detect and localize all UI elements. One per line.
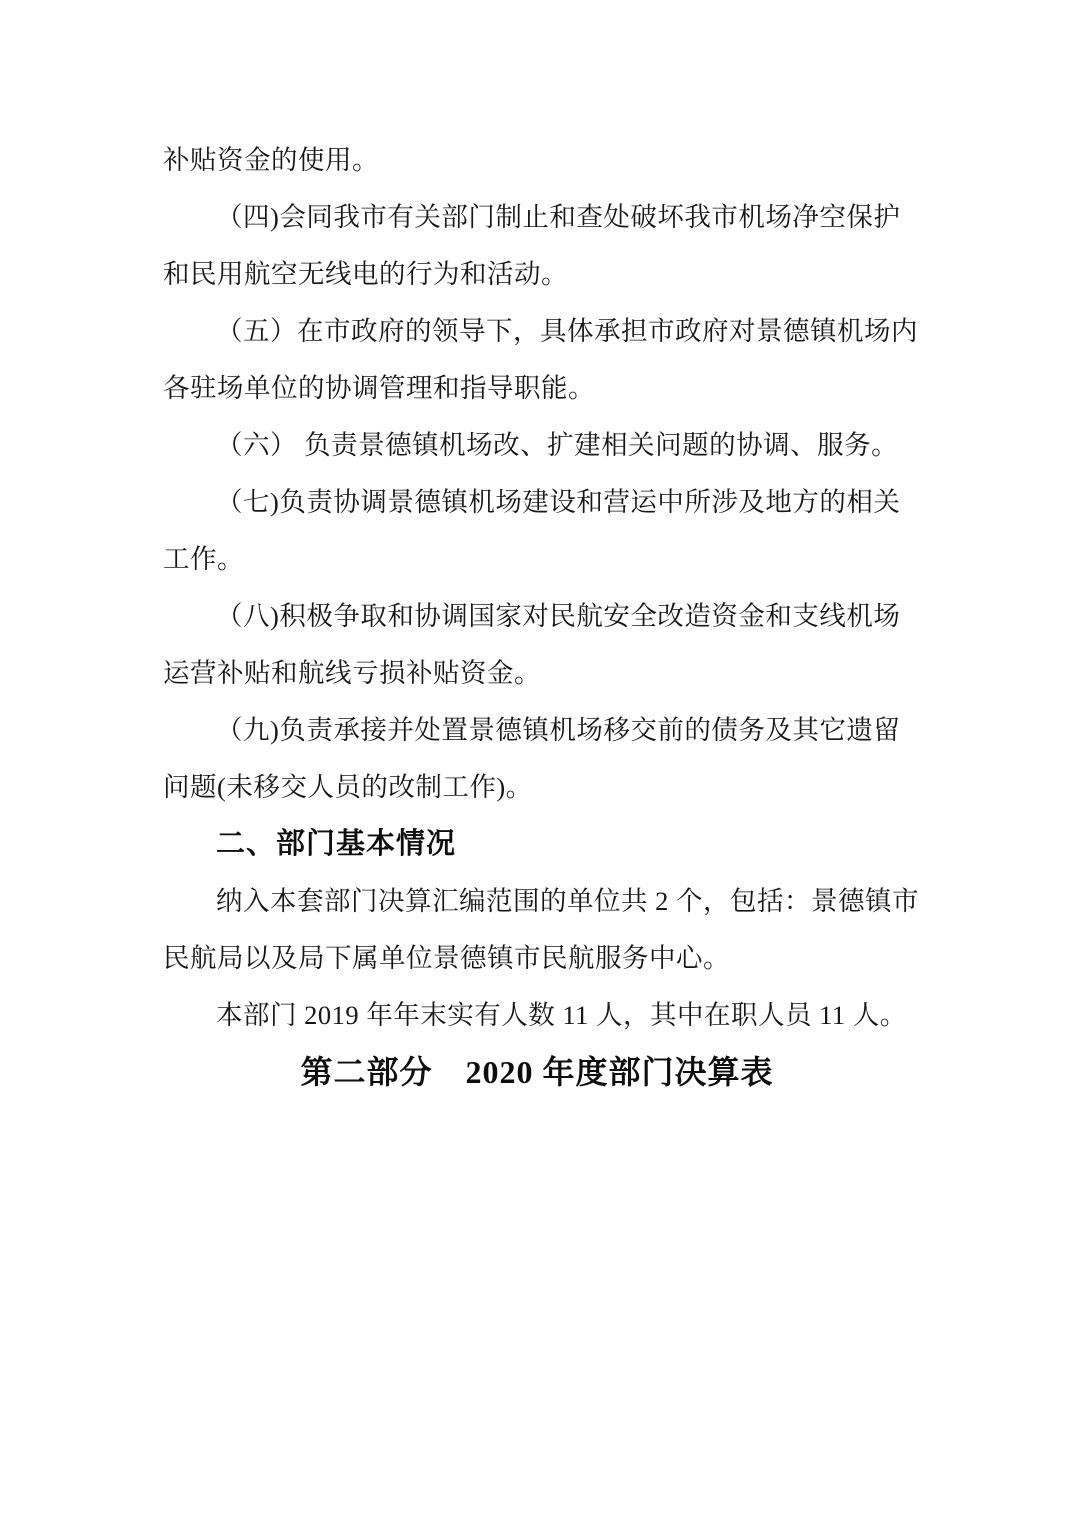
section-heading: 二、部门基本情况	[163, 816, 911, 873]
paragraph-line: （九)负责承接并处置景德镇机场移交前的债务及其它遗留	[163, 702, 911, 759]
part-title: 第二部分 2020 年度部门决算表	[163, 1044, 911, 1101]
paragraph-line: （七)负责协调景德镇机场建设和营运中所涉及地方的相关	[163, 474, 911, 531]
paragraph-line: 民航局以及局下属单位景德镇市民航服务中心。	[163, 930, 911, 987]
paragraph-line: （八)积极争取和协调国家对民航安全改造资金和支线机场	[163, 588, 911, 645]
paragraph-line: 纳入本套部门决算汇编范围的单位共 2 个，包括：景德镇市	[163, 873, 911, 930]
paragraph-line: 各驻场单位的协调管理和指导职能。	[163, 360, 911, 417]
paragraph-line: 问题(未移交人员的改制工作)。	[163, 759, 911, 816]
text-block: 补贴资金的使用。 （四)会同我市有关部门制止和查处破坏我市机场净空保护 和民用航…	[163, 132, 911, 1101]
document-page: 补贴资金的使用。 （四)会同我市有关部门制止和查处破坏我市机场净空保护 和民用航…	[0, 0, 1074, 1520]
paragraph-line: 本部门 2019 年年末实有人数 11 人，其中在职人员 11 人。	[163, 987, 911, 1044]
paragraph-line: 运营补贴和航线亏损补贴资金。	[163, 645, 911, 702]
paragraph-line: （四)会同我市有关部门制止和查处破坏我市机场净空保护	[163, 189, 911, 246]
paragraph-line: 补贴资金的使用。	[163, 132, 911, 189]
paragraph-line: （六） 负责景德镇机场改、扩建相关问题的协调、服务。	[163, 417, 911, 474]
paragraph-line: 和民用航空无线电的行为和活动。	[163, 246, 911, 303]
paragraph-line: 工作。	[163, 531, 911, 588]
paragraph-line: （五）在市政府的领导下，具体承担市政府对景德镇机场内	[163, 303, 911, 360]
